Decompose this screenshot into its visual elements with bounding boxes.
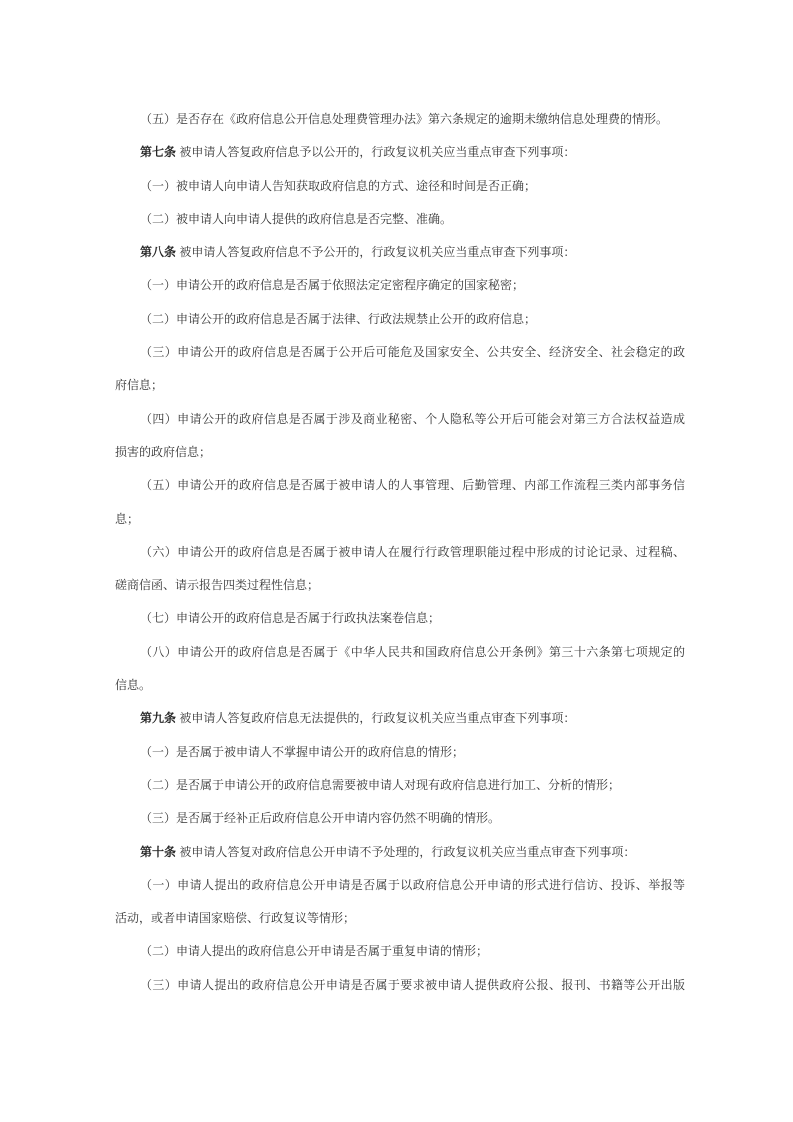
paragraph: （七）申请公开的政府信息是否属于行政执法案卷信息； (115, 602, 685, 635)
line-text: （二）申请人提出的政府信息公开申请是否属于重复申请的情形； (140, 944, 488, 958)
line-text: （六）申请公开的政府信息是否属于被申请人在履行行政管理职能过程中形成的讨论记录、… (140, 545, 685, 559)
line-text: 府信息； (115, 378, 163, 392)
text-line: （八）申请公开的政府信息是否属于《中华人民共和国政府信息公开条例》第三十六条第七… (115, 636, 685, 669)
text-line: （一）是否属于被申请人不掌握申请公开的政府信息的情形； (115, 736, 685, 769)
line-text: （一）申请公开的政府信息是否属于依照法定定密程序确定的国家秘密； (140, 278, 524, 292)
line-text: （二）被申请人向申请人提供的政府信息是否完整、准确。 (140, 212, 452, 226)
line-text: 被申请人答复政府信息不予公开的，行政复议机关应当重点审查下列事项： (176, 245, 575, 259)
text-line: 活动，或者申请国家赔偿、行政复议等情形； (115, 902, 685, 935)
line-text: （五）是否存在《政府信息公开信息处理费管理办法》第六条规定的逾期未缴纳信息处理费… (140, 112, 668, 126)
line-text: （三）是否属于经补正后政府信息公开申请内容仍然不明确的情形。 (140, 811, 500, 825)
paragraph: 第九条 被申请人答复政府信息无法提供的，行政复议机关应当重点审查下列事项： (115, 702, 685, 735)
line-text: 活动，或者申请国家赔偿、行政复议等情形； (115, 911, 355, 925)
paragraph: 第十条 被申请人答复对政府信息公开申请不予处理的，行政复议机关应当重点审查下列事… (115, 836, 685, 869)
paragraph: （一）是否属于被申请人不掌握申请公开的政府信息的情形； (115, 736, 685, 769)
text-line: （七）申请公开的政府信息是否属于行政执法案卷信息； (115, 602, 685, 635)
text-line: 第九条 被申请人答复政府信息无法提供的，行政复议机关应当重点审查下列事项： (115, 702, 685, 735)
article-number: 第七条 (140, 145, 176, 159)
line-text: （一）被申请人向申请人告知获取政府信息的方式、途径和时间是否正确； (140, 179, 536, 193)
line-text: （四）申请公开的政府信息是否属于涉及商业秘密、个人隐私等公开后可能会对第三方合法… (140, 412, 685, 426)
article-number: 第九条 (140, 711, 176, 725)
paragraph: 第八条 被申请人答复政府信息不予公开的，行政复议机关应当重点审查下列事项： (115, 236, 685, 269)
paragraph: （八）申请公开的政府信息是否属于《中华人民共和国政府信息公开条例》第三十六条第七… (115, 636, 685, 703)
line-text: 被申请人答复对政府信息公开申请不予处理的，行政复议机关应当重点审查下列事项： (176, 845, 635, 859)
article-number: 第八条 (140, 245, 176, 259)
line-text: 信息。 (115, 678, 151, 692)
article-number: 第十条 (140, 845, 176, 859)
line-text: 损害的政府信息； (115, 445, 211, 459)
paragraph: （二）申请公开的政府信息是否属于法律、行政法规禁止公开的政府信息； (115, 303, 685, 336)
paragraph: （一）申请人提出的政府信息公开申请是否属于以政府信息公开申请的形式进行信访、投诉… (115, 869, 685, 936)
paragraph: （二）申请人提出的政府信息公开申请是否属于重复申请的情形； (115, 935, 685, 968)
line-text: 息； (115, 512, 139, 526)
paragraph: 第七条 被申请人答复政府信息予以公开的，行政复议机关应当重点审查下列事项： (115, 136, 685, 169)
text-line: （一）被申请人向申请人告知获取政府信息的方式、途径和时间是否正确； (115, 170, 685, 203)
line-text: （三）申请公开的政府信息是否属于公开后可能危及国家安全、公共安全、经济安全、社会… (140, 345, 685, 359)
paragraph: （三）申请人提出的政府信息公开申请是否属于要求被申请人提供政府公报、报刊、书籍等… (115, 969, 685, 1002)
line-text: （三）申请人提出的政府信息公开申请是否属于要求被申请人提供政府公报、报刊、书籍等… (140, 978, 685, 992)
text-line: （五）申请公开的政府信息是否属于被申请人的人事管理、后勤管理、内部工作流程三类内… (115, 469, 685, 502)
text-line: （二）申请公开的政府信息是否属于法律、行政法规禁止公开的政府信息； (115, 303, 685, 336)
text-line: 第十条 被申请人答复对政府信息公开申请不予处理的，行政复议机关应当重点审查下列事… (115, 836, 685, 869)
paragraph: （四）申请公开的政府信息是否属于涉及商业秘密、个人隐私等公开后可能会对第三方合法… (115, 403, 685, 470)
text-line: （六）申请公开的政府信息是否属于被申请人在履行行政管理职能过程中形成的讨论记录、… (115, 536, 685, 569)
paragraph: （二）被申请人向申请人提供的政府信息是否完整、准确。 (115, 203, 685, 236)
paragraph: （六）申请公开的政府信息是否属于被申请人在履行行政管理职能过程中形成的讨论记录、… (115, 536, 685, 603)
line-text: （一）是否属于被申请人不掌握申请公开的政府信息的情形； (140, 745, 464, 759)
text-line: （二）被申请人向申请人提供的政府信息是否完整、准确。 (115, 203, 685, 236)
paragraph: （五）是否存在《政府信息公开信息处理费管理办法》第六条规定的逾期未缴纳信息处理费… (115, 103, 685, 136)
document-page: （五）是否存在《政府信息公开信息处理费管理办法》第六条规定的逾期未缴纳信息处理费… (0, 0, 793, 1122)
line-text: （一）申请人提出的政府信息公开申请是否属于以政府信息公开申请的形式进行信访、投诉… (140, 878, 685, 892)
text-line: （三）申请人提出的政府信息公开申请是否属于要求被申请人提供政府公报、报刊、书籍等… (115, 969, 685, 1002)
text-line: （一）申请人提出的政府信息公开申请是否属于以政府信息公开申请的形式进行信访、投诉… (115, 869, 685, 902)
line-text: 被申请人答复政府信息无法提供的，行政复议机关应当重点审查下列事项： (176, 711, 575, 725)
text-line: （二）是否属于申请公开的政府信息需要被申请人对现有政府信息进行加工、分析的情形； (115, 769, 685, 802)
text-line: 府信息； (115, 369, 685, 402)
paragraph: （二）是否属于申请公开的政府信息需要被申请人对现有政府信息进行加工、分析的情形； (115, 769, 685, 802)
text-line: （三）是否属于经补正后政府信息公开申请内容仍然不明确的情形。 (115, 802, 685, 835)
line-text: （五）申请公开的政府信息是否属于被申请人的人事管理、后勤管理、内部工作流程三类内… (140, 478, 685, 492)
paragraph: （三）申请公开的政府信息是否属于公开后可能危及国家安全、公共安全、经济安全、社会… (115, 336, 685, 403)
text-line: （三）申请公开的政府信息是否属于公开后可能危及国家安全、公共安全、经济安全、社会… (115, 336, 685, 369)
line-text: 被申请人答复政府信息予以公开的，行政复议机关应当重点审查下列事项： (176, 145, 575, 159)
text-line: 信息。 (115, 669, 685, 702)
text-line: （四）申请公开的政府信息是否属于涉及商业秘密、个人隐私等公开后可能会对第三方合法… (115, 403, 685, 436)
line-text: （二）申请公开的政府信息是否属于法律、行政法规禁止公开的政府信息； (140, 312, 536, 326)
text-line: 第七条 被申请人答复政府信息予以公开的，行政复议机关应当重点审查下列事项： (115, 136, 685, 169)
text-line: （五）是否存在《政府信息公开信息处理费管理办法》第六条规定的逾期未缴纳信息处理费… (115, 103, 685, 136)
line-text: 磋商信函、请示报告四类过程性信息； (115, 578, 319, 592)
text-line: 息； (115, 503, 685, 536)
text-line: （一）申请公开的政府信息是否属于依照法定定密程序确定的国家秘密； (115, 269, 685, 302)
paragraph: （一）被申请人向申请人告知获取政府信息的方式、途径和时间是否正确； (115, 170, 685, 203)
paragraph: （三）是否属于经补正后政府信息公开申请内容仍然不明确的情形。 (115, 802, 685, 835)
line-text: （八）申请公开的政府信息是否属于《中华人民共和国政府信息公开条例》第三十六条第七… (140, 645, 685, 659)
text-line: 磋商信函、请示报告四类过程性信息； (115, 569, 685, 602)
line-text: （二）是否属于申请公开的政府信息需要被申请人对现有政府信息进行加工、分析的情形； (140, 778, 620, 792)
paragraph: （一）申请公开的政府信息是否属于依照法定定密程序确定的国家秘密； (115, 269, 685, 302)
text-line: 第八条 被申请人答复政府信息不予公开的，行政复议机关应当重点审查下列事项： (115, 236, 685, 269)
document-body: （五）是否存在《政府信息公开信息处理费管理办法》第六条规定的逾期未缴纳信息处理费… (115, 103, 685, 1002)
paragraph: （五）申请公开的政府信息是否属于被申请人的人事管理、后勤管理、内部工作流程三类内… (115, 469, 685, 536)
text-line: （二）申请人提出的政府信息公开申请是否属于重复申请的情形； (115, 935, 685, 968)
line-text: （七）申请公开的政府信息是否属于行政执法案卷信息； (140, 611, 440, 625)
text-line: 损害的政府信息； (115, 436, 685, 469)
